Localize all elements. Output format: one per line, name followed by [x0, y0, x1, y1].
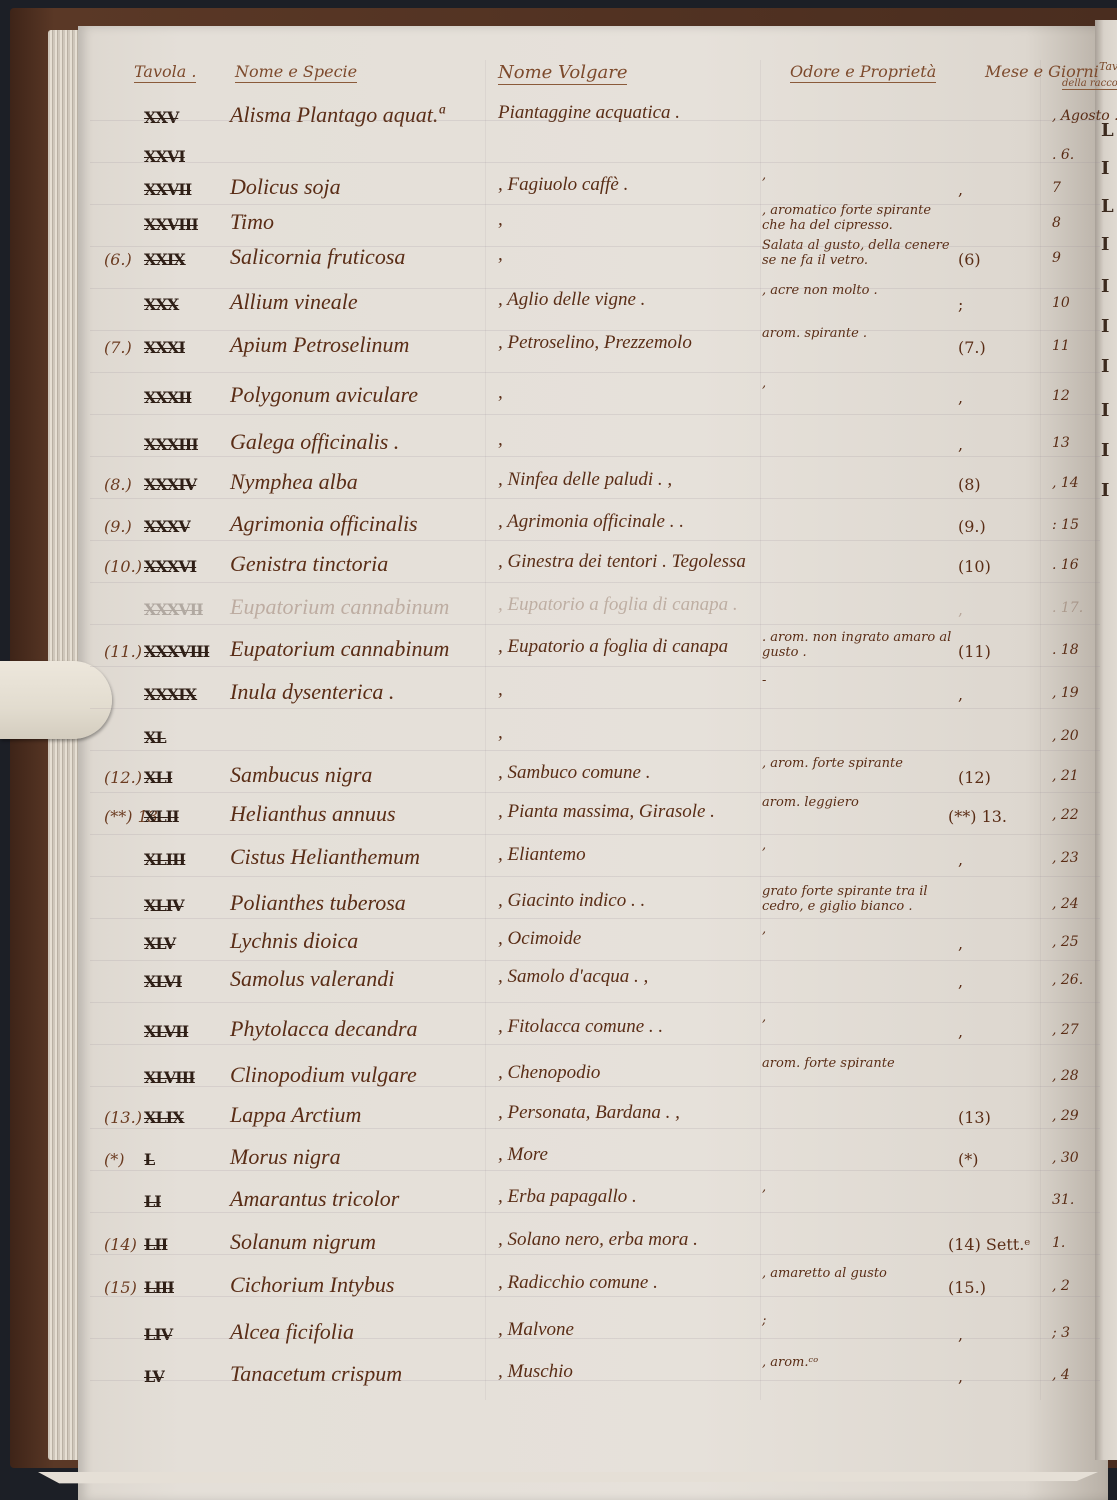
ruled-line — [90, 456, 1100, 457]
ruled-line — [90, 876, 1100, 877]
species-name: Lappa Arctium — [230, 1102, 361, 1128]
collection-date: 7 — [1052, 180, 1061, 196]
reference-note: , — [958, 1325, 963, 1344]
species-name: Morus nigra — [230, 1144, 341, 1170]
table-row: XL,, 20 — [0, 718, 1117, 758]
reference-note: , — [958, 600, 963, 619]
ruled-line — [90, 582, 1100, 583]
ruled-line — [90, 918, 1100, 919]
collection-date: , Agosto . 5. — [1052, 108, 1117, 124]
common-name: , Giacinto indico . . — [498, 890, 645, 912]
collection-date: . 17. — [1052, 600, 1083, 616]
common-name: , Agrimonia officinale . . — [498, 511, 684, 533]
collection-date: 8 — [1052, 215, 1061, 231]
common-name: , More — [498, 1144, 548, 1166]
collection-date: 13 — [1052, 435, 1070, 451]
common-name: , Chenopodio — [498, 1062, 600, 1084]
tavola-numeral: XXXI — [144, 338, 185, 357]
ruled-line — [90, 498, 1100, 499]
collection-date: , 29 — [1052, 1108, 1079, 1124]
table-row: XLIIICistus Helianthemum, Eliantemo,,, 2… — [0, 840, 1117, 880]
collection-date: 10 — [1052, 295, 1070, 311]
species-name: Lychnis dioica — [230, 928, 358, 954]
row-note-mark: (10.) — [104, 557, 142, 576]
odore-proprieta: . arom. non ingrato amaro al gusto . — [762, 630, 957, 660]
common-name: , Eupatorio a foglia di canapa — [498, 636, 728, 658]
table-row: LIVAlcea ficifolia, Malvone;,; 3 — [0, 1315, 1117, 1355]
tavola-numeral: XXXIII — [144, 435, 198, 454]
table-row: (10.)XXXVIGenistra tinctoria, Ginestra d… — [0, 547, 1117, 587]
species-name: Samolus valerandi — [230, 966, 394, 992]
tavola-numeral: L — [144, 1150, 154, 1169]
tavola-numeral: XXV — [144, 108, 178, 127]
species-name: Apium Petroselinum — [230, 332, 409, 358]
table-row: XLVIIIClinopodium vulgare, Chenopodioaro… — [0, 1058, 1117, 1098]
collection-date: : 15 — [1052, 517, 1079, 533]
tavola-numeral: LI — [144, 1192, 161, 1211]
species-name: Solanum nigrum — [230, 1229, 376, 1255]
facing-page-header: Tav — [1099, 60, 1117, 73]
species-name: Genistra tinctoria — [230, 551, 388, 577]
reference-note: , — [958, 388, 963, 407]
row-note-mark: (7.) — [104, 338, 132, 357]
row-note-mark: (*) — [104, 1150, 124, 1169]
reference-note: (11) — [958, 642, 991, 661]
table-row: (14)LIISolanum nigrum, Solano nero, erba… — [0, 1225, 1117, 1265]
table-row: XXVAlisma Plantago aquat.ªPiantaggine ac… — [0, 98, 1117, 138]
collection-date: 31. — [1052, 1192, 1074, 1208]
table-row: XLVIIPhytolacca decandra, Fitolacca comu… — [0, 1012, 1117, 1052]
odore-proprieta: , — [762, 376, 957, 391]
common-name: , Radicchio comune . — [498, 1272, 658, 1294]
collection-date: , 30 — [1052, 1150, 1079, 1166]
table-row: LVTanacetum crispum, Muschio, arom.ᶜᵒ,, … — [0, 1357, 1117, 1397]
reference-note: (7.) — [958, 338, 986, 357]
common-name: , — [498, 679, 503, 701]
collection-date: , 23 — [1052, 850, 1079, 866]
common-name: , Petroselino, Prezzemolo — [498, 332, 692, 354]
ruled-line — [90, 960, 1100, 961]
collection-date: 11 — [1052, 338, 1070, 354]
header-nome-specie: Nome e Specie — [235, 62, 357, 81]
odore-proprieta: , — [762, 838, 957, 853]
species-name: Eupatorium cannabinum — [230, 636, 449, 662]
common-name: , Sambuco comune . — [498, 762, 651, 784]
collection-date: , 27 — [1052, 1022, 1079, 1038]
reference-note: , — [958, 1367, 963, 1386]
common-name: , Erba papagallo . — [498, 1186, 637, 1208]
reference-note: ; — [958, 295, 963, 314]
ruled-line — [90, 288, 1100, 289]
row-note-mark: (6.) — [104, 250, 132, 269]
species-name: Polygonum aviculare — [230, 382, 418, 408]
species-name: Sambucus nigra — [230, 762, 372, 788]
tavola-numeral: XXX — [144, 295, 178, 314]
ruled-line — [90, 1128, 1100, 1129]
table-row: (15)LIIICichorium Intybus, Radicchio com… — [0, 1268, 1117, 1308]
ruled-line — [90, 1044, 1100, 1045]
tavola-numeral: XXXVI — [144, 557, 196, 576]
species-name: Alcea ficifolia — [230, 1319, 354, 1345]
common-name: , Samolo d'acqua . , — [498, 966, 648, 988]
table-row: XXXIIPolygonum aviculare,,,12 — [0, 378, 1117, 418]
reference-note: , — [958, 1022, 963, 1041]
species-name: Clinopodium vulgare — [230, 1062, 417, 1088]
collection-date: , 2 — [1052, 1278, 1070, 1294]
ruled-line — [90, 120, 1100, 121]
tavola-numeral: XXXIV — [144, 475, 196, 494]
tavola-numeral: XLI — [144, 768, 172, 787]
collection-date: , 19 — [1052, 685, 1079, 701]
common-name: , — [498, 382, 503, 404]
tavola-numeral: XL — [144, 728, 166, 747]
common-name: , Ginestra dei tentori . Tegolessa — [498, 551, 746, 573]
species-name: Cistus Helianthemum — [230, 844, 420, 870]
ruled-line — [90, 1296, 1100, 1297]
row-note-mark: (9.) — [104, 517, 132, 536]
tavola-numeral: XLVIII — [144, 1068, 195, 1087]
collection-date: , 20 — [1052, 728, 1079, 744]
odore-proprieta: , — [762, 1180, 957, 1195]
collection-date: , 26. — [1052, 972, 1083, 988]
header-della-raccolta: della raccolta — [1062, 78, 1117, 90]
common-name: , — [498, 244, 503, 266]
common-name: , — [498, 722, 503, 744]
collection-date: , 25 — [1052, 934, 1079, 950]
row-note-mark: (13.) — [104, 1108, 142, 1127]
common-name: , Solano nero, erba mora . — [498, 1229, 698, 1251]
ruled-line — [90, 1002, 1100, 1003]
reference-note: (9.) — [958, 517, 986, 536]
reference-note: , — [958, 934, 963, 953]
species-name: Salicornia fruticosa — [230, 244, 405, 270]
table-row: (*)LMorus nigra, More(*), 30 — [0, 1140, 1117, 1180]
ruled-line — [90, 1212, 1100, 1213]
reference-note: (8) — [958, 475, 981, 494]
species-name: Helianthus annuus — [230, 801, 396, 827]
reference-note: (**) 13. — [948, 807, 1007, 826]
table-row: XXXIIIGalega officinalis .,,13 — [0, 425, 1117, 465]
row-note-mark: (11.) — [104, 642, 142, 661]
row-note-mark: (15) — [104, 1278, 137, 1297]
odore-proprieta: , arom. forte spirante — [762, 756, 957, 771]
collection-date: , 22 — [1052, 807, 1079, 823]
tavola-numeral: XXIX — [144, 250, 185, 269]
common-name: , Ninfea delle paludi . , — [498, 469, 672, 491]
reference-note: , — [958, 972, 963, 991]
table-row: LIAmarantus tricolor, Erba papagallo .,3… — [0, 1182, 1117, 1222]
odore-proprieta: , aromatico forte spirante che ha del ci… — [762, 203, 957, 233]
species-name: Phytolacca decandra — [230, 1016, 418, 1042]
table-row: XLIVPolianthes tuberosa, Giacinto indico… — [0, 886, 1117, 926]
reference-note: , — [958, 435, 963, 454]
tavola-numeral: XLV — [144, 934, 175, 953]
tavola-numeral: XXVIII — [144, 215, 198, 234]
species-name: Alisma Plantago aquat.ª — [230, 102, 444, 128]
ruled-line — [90, 1254, 1100, 1255]
ruled-line — [90, 204, 1100, 205]
ruled-line — [90, 1380, 1100, 1381]
tavola-numeral: LIII — [144, 1278, 174, 1297]
reference-note: (14) Sett.ᵉ — [948, 1235, 1031, 1254]
tavola-numeral: LII — [144, 1235, 167, 1254]
table-row: XLVISamolus valerandi, Samolo d'acqua . … — [0, 962, 1117, 1002]
table-row: XXXAllium vineale, Aglio delle vigne ., … — [0, 285, 1117, 325]
ruled-line — [90, 414, 1100, 415]
header-nome-volgare: Nome Volgare — [498, 62, 627, 83]
ruled-line — [90, 1086, 1100, 1087]
species-name: Allium vineale — [230, 289, 358, 315]
tavola-numeral: LV — [144, 1367, 164, 1386]
reference-note: (12) — [958, 768, 991, 787]
reference-note: , — [958, 685, 963, 704]
odore-proprieta: , — [762, 922, 957, 937]
tavola-numeral: XLVII — [144, 1022, 188, 1041]
collection-date: . 16 — [1052, 557, 1079, 573]
collection-date: , 21 — [1052, 768, 1079, 784]
ruled-line — [90, 540, 1100, 541]
ruled-line — [90, 372, 1100, 373]
species-name: Dolicus soja — [230, 174, 341, 200]
odore-proprieta: , — [762, 1010, 957, 1025]
species-name: Inula dysenterica . — [230, 679, 394, 705]
table-row: XXXIXInula dysenterica .,-,, 19 — [0, 675, 1117, 715]
odore-proprieta: Salata al gusto, della cenere se ne fa i… — [762, 238, 957, 268]
species-name: Amarantus tricolor — [230, 1186, 399, 1212]
collection-date: , 28 — [1052, 1068, 1079, 1084]
tavola-numeral: XXXV — [144, 517, 190, 536]
tavola-numeral: XLIV — [144, 896, 184, 915]
common-name: , Aglio delle vigne . — [498, 289, 645, 311]
tavola-numeral: XLII — [144, 807, 179, 826]
tavola-numeral: XLIII — [144, 850, 185, 869]
common-name: , — [498, 429, 503, 451]
header-odore-proprieta: Odore e Proprietà — [790, 62, 936, 81]
collection-date: 9 — [1052, 250, 1061, 266]
tavola-numeral: XXXVII — [144, 600, 203, 619]
reference-note: (10) — [958, 557, 991, 576]
reference-note: (13) — [958, 1108, 991, 1127]
species-name: Galega officinalis . — [230, 429, 399, 455]
odore-proprieta: ; — [762, 1313, 957, 1328]
ruled-line — [90, 624, 1100, 625]
tavola-numeral: XXVI — [144, 147, 185, 166]
ruled-line — [90, 246, 1100, 247]
tavola-numeral: XLIX — [144, 1108, 184, 1127]
common-name: , Eupatorio a foglia di canapa . — [498, 594, 738, 616]
table-row: (**) 13.XLIIHelianthus annuus, Pianta ma… — [0, 797, 1117, 837]
ruled-line — [90, 792, 1100, 793]
common-name: , Ocimoide — [498, 928, 581, 950]
ruled-line — [90, 750, 1100, 751]
ruled-line — [90, 1170, 1100, 1171]
tavola-numeral: XLVI — [144, 972, 182, 991]
species-name: Eupatorium cannabinum — [230, 594, 449, 620]
common-name: , — [498, 209, 503, 231]
common-name: , Personata, Bardana . , — [498, 1102, 680, 1124]
species-name: Polianthes tuberosa — [230, 890, 406, 916]
row-note-mark: (12.) — [104, 768, 142, 787]
reference-note: (*) — [958, 1150, 978, 1169]
tavola-numeral: XXXIX — [144, 685, 196, 704]
collection-date: . 18 — [1052, 642, 1079, 658]
common-name: , Eliantemo — [498, 844, 586, 866]
tavola-numeral: XXXVIII — [144, 642, 209, 661]
common-name: , Fagiuolo caffè . — [498, 174, 628, 196]
table-row: XLVLychnis dioica, Ocimoide,,, 25 — [0, 924, 1117, 964]
tavola-numeral: XXXII — [144, 388, 191, 407]
table-row: (8.)XXXIVNymphea alba, Ninfea delle palu… — [0, 465, 1117, 505]
collection-date: . 6. — [1052, 147, 1074, 163]
ruled-line — [90, 708, 1100, 709]
reference-note: (6) — [958, 250, 981, 269]
odore-proprieta: arom. leggiero — [762, 795, 957, 810]
odore-proprieta: - — [762, 673, 957, 688]
odore-proprieta: , acre non molto . — [762, 283, 957, 298]
odore-proprieta: grato forte spirante tra il cedro, e gig… — [762, 884, 957, 914]
header-tavola: Tavola . — [134, 62, 196, 81]
tavola-numeral: LIV — [144, 1325, 172, 1344]
reference-note: , — [958, 180, 963, 199]
ruled-line — [90, 162, 1100, 163]
collection-date: 1. — [1052, 1235, 1065, 1251]
row-note-mark: (8.) — [104, 475, 132, 494]
species-name: Nymphea alba — [230, 469, 358, 495]
species-name: Tanacetum crispum — [230, 1361, 402, 1387]
odore-proprieta: , arom.ᶜᵒ — [762, 1355, 957, 1370]
ruled-line — [90, 330, 1100, 331]
species-name: Timo — [230, 209, 274, 235]
common-name: , Fitolacca comune . . — [498, 1016, 663, 1038]
table-row: (9.)XXXVAgrimonia officinalis, Agrimonia… — [0, 507, 1117, 547]
reference-note: , — [958, 850, 963, 869]
table-row: (7.)XXXIApium Petroselinum, Petroselino,… — [0, 328, 1117, 368]
odore-proprieta: arom. spirante . — [762, 326, 957, 341]
common-name: , Pianta massima, Girasole . — [498, 801, 715, 823]
odore-proprieta: , — [762, 168, 957, 183]
collection-date: , 24 — [1052, 896, 1079, 912]
ruled-line — [90, 666, 1100, 667]
collection-date: , 14 — [1052, 475, 1079, 491]
odore-proprieta: arom. forte spirante — [762, 1056, 957, 1071]
species-name: Agrimonia officinalis — [230, 511, 418, 537]
ruled-line — [90, 1338, 1100, 1339]
table-row: (13.)XLIXLappa Arctium, Personata, Barda… — [0, 1098, 1117, 1138]
ruled-line — [90, 834, 1100, 835]
species-name: Cichorium Intybus — [230, 1272, 394, 1298]
tavola-numeral: XXVII — [144, 180, 191, 199]
odore-proprieta: , amaretto al gusto — [762, 1266, 957, 1281]
reference-note: (15.) — [948, 1278, 986, 1297]
row-note-mark: (14) — [104, 1235, 137, 1254]
collection-date: 12 — [1052, 388, 1070, 404]
